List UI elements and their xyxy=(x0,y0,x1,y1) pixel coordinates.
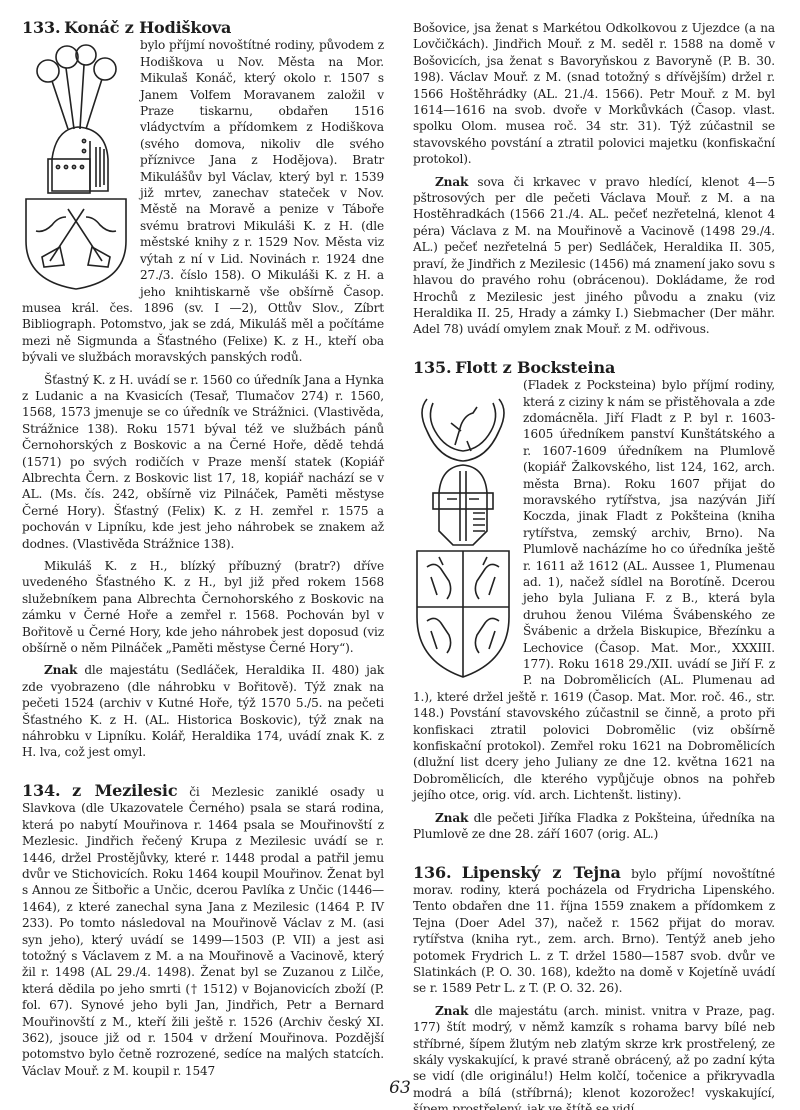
entry-paragraph: 136. Lipenský z Tejna bylo příjmí novošt… xyxy=(413,865,775,997)
entry-paragraph: Bošovice, jsa ženat s Markétou Odkolkovo… xyxy=(413,20,775,168)
znak-text: sova či krkavec v pravo hledící, klenot … xyxy=(413,175,775,337)
document-page: 133. Konáč z Hodiškova xyxy=(0,0,800,1110)
znak-label: Znak xyxy=(435,1004,468,1018)
right-column: Bošovice, jsa ženat s Markétou Odkolkovo… xyxy=(413,20,775,1110)
entry-number: 135. xyxy=(413,358,451,377)
entry-134-continued: Bošovice, jsa ženat s Markétou Odkolkovo… xyxy=(413,20,775,338)
coat-of-arms-rampant-goats-icon xyxy=(413,381,513,681)
entry-136: 136. Lipenský z Tejna bylo příjmí novošt… xyxy=(413,865,775,1110)
page-number: 63 xyxy=(0,1078,800,1098)
entry-text: bylo příjmí novoštítné morav. rodiny, kt… xyxy=(413,867,775,996)
coat-of-arms-description: Znak dle pečeti Jiříka Fladka z Pokštein… xyxy=(413,810,775,843)
left-column: 133. Konáč z Hodiškova xyxy=(22,20,384,1079)
coat-of-arms-crossed-brooms-icon xyxy=(22,41,130,293)
znak-label: Znak xyxy=(435,175,468,189)
entry-number: 134. xyxy=(22,781,60,800)
entry-134: 134. z Mezilesic či Mezlesic zaniklé osa… xyxy=(22,783,384,1079)
entry-title: Lipenský z Tejna xyxy=(462,863,621,882)
coat-of-arms-description: Znak dle majestátu (Sedláček, Heraldika … xyxy=(22,662,384,760)
entry-135: 135. Flott z Bocksteina xyxy=(413,360,775,843)
entry-text: či Mezlesic zaniklé osady u Slavkova (dl… xyxy=(22,785,384,1078)
entry-title: Flott z Bocksteina xyxy=(455,358,615,377)
znak-label: Znak xyxy=(44,663,77,677)
entry-heading: 133. Konáč z Hodiškova xyxy=(22,20,384,37)
entry-number: 133. xyxy=(22,18,60,37)
coat-of-arms-description: Znak sova či krkavec v pravo hledící, kl… xyxy=(413,174,775,338)
znak-label: Znak xyxy=(435,811,468,825)
entry-number: 136. xyxy=(413,863,451,882)
entry-paragraph: Mikuláš K. z H., blízký příbuzný (bratr?… xyxy=(22,558,384,656)
entry-heading: 135. Flott z Bocksteina xyxy=(413,360,775,377)
znak-text: dle majestátu (Sedláček, Heraldika II. 4… xyxy=(22,663,384,759)
entry-paragraph: Šťastný K. z H. uvádí se r. 1560 co úřed… xyxy=(22,372,384,552)
znak-text: dle pečeti Jiříka Fladka z Pokšteina, úř… xyxy=(413,811,775,841)
entry-paragraph: 134. z Mezilesic či Mezlesic zaniklé osa… xyxy=(22,783,384,1079)
entry-133: 133. Konáč z Hodiškova xyxy=(22,20,384,761)
entry-title: Konáč z Hodiškova xyxy=(64,18,231,37)
entry-title: z Mezilesic xyxy=(72,781,177,800)
